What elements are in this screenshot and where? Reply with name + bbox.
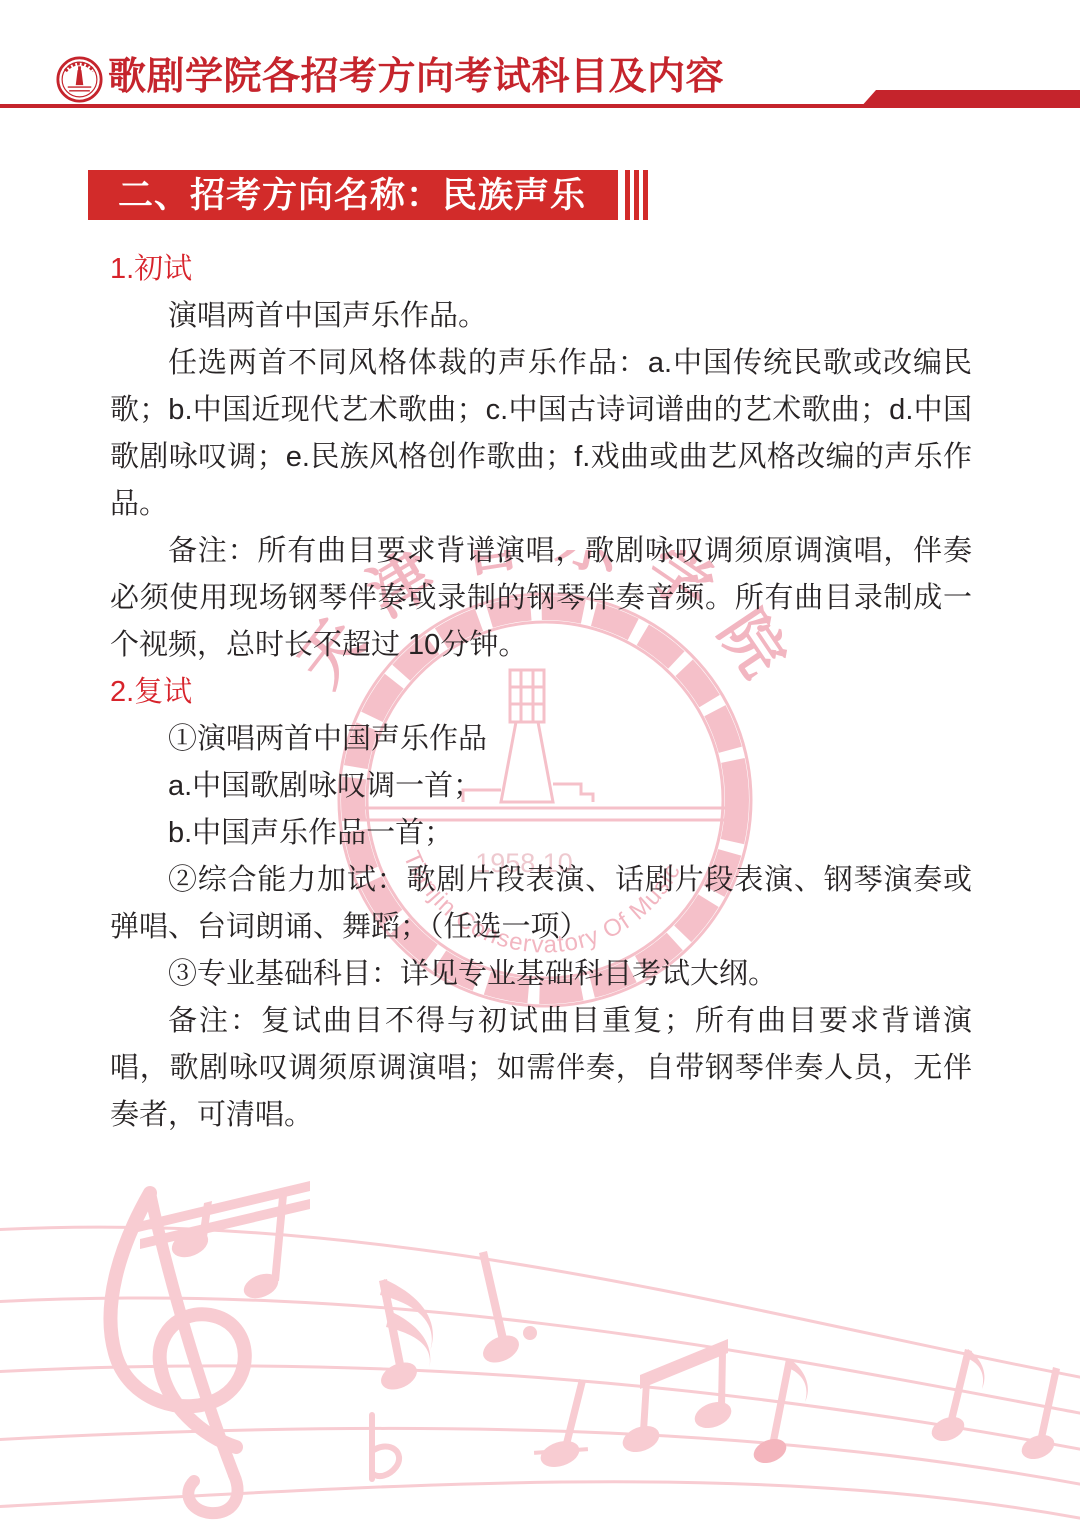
page-title: 歌剧学院各招考方向考试科目及内容 — [108, 54, 724, 100]
beamed-notes-left — [134, 1181, 310, 1303]
quarter-note — [534, 1379, 588, 1472]
school-logo-seal-icon — [56, 56, 103, 103]
paragraph: 备注：所有曲目要求背谱演唱，歌剧咏叹调须原调演唱，伴奏必须使用现场钢琴伴奏或录制… — [110, 528, 972, 669]
header-rule-accent — [846, 90, 1080, 108]
eighth-note-1 — [750, 1359, 808, 1468]
paragraph: ①演唱两首中国声乐作品 — [110, 716, 972, 763]
section-heading-label: 二、招考方向名称：民族声乐 — [88, 170, 618, 221]
paragraph: 演唱两首中国声乐作品。 — [110, 293, 972, 340]
eighth-note-3 — [1018, 1367, 1060, 1464]
paragraph: 备注：复试曲目不得与初试曲目重复；所有曲目要求背谱演唱，歌剧咏叹调须原调演唱；如… — [110, 998, 972, 1139]
section-heading: 二、招考方向名称：民族声乐 — [88, 170, 618, 220]
round2-label: 2.复试 — [110, 669, 972, 716]
paragraph: ②综合能力加试：歌剧片段表演、话剧片段表演、钢琴演奏或弹唱、台词朗诵、舞蹈；（任… — [110, 857, 972, 951]
dotted-eighth-note — [479, 1251, 537, 1368]
paragraph: a.中国歌剧咏叹调一首； — [110, 763, 972, 810]
paragraph: b.中国声乐作品一首； — [110, 810, 972, 857]
heading-stripes-icon — [625, 170, 652, 220]
round1-label: 1.初试 — [110, 246, 972, 293]
flat-sign-icon — [372, 1415, 399, 1479]
exam-content: 1.初试 演唱两首中国声乐作品。 任选两首不同风格体裁的声乐作品：a.中国传统民… — [110, 246, 972, 1139]
sixteenth-note — [377, 1279, 433, 1395]
paragraph: ③专业基础科目：详见专业基础科目考试大纲。 — [110, 951, 972, 998]
paragraph: 任选两首不同风格体裁的声乐作品：a.中国传统民歌或改编民歌；b.中国近现代艺术歌… — [110, 340, 972, 528]
document-page: 歌剧学院各招考方向考试科目及内容 二、招考方向名称：民族声乐 天津音乐学院 19… — [0, 0, 1080, 1527]
music-staff-decoration — [0, 1157, 1080, 1527]
